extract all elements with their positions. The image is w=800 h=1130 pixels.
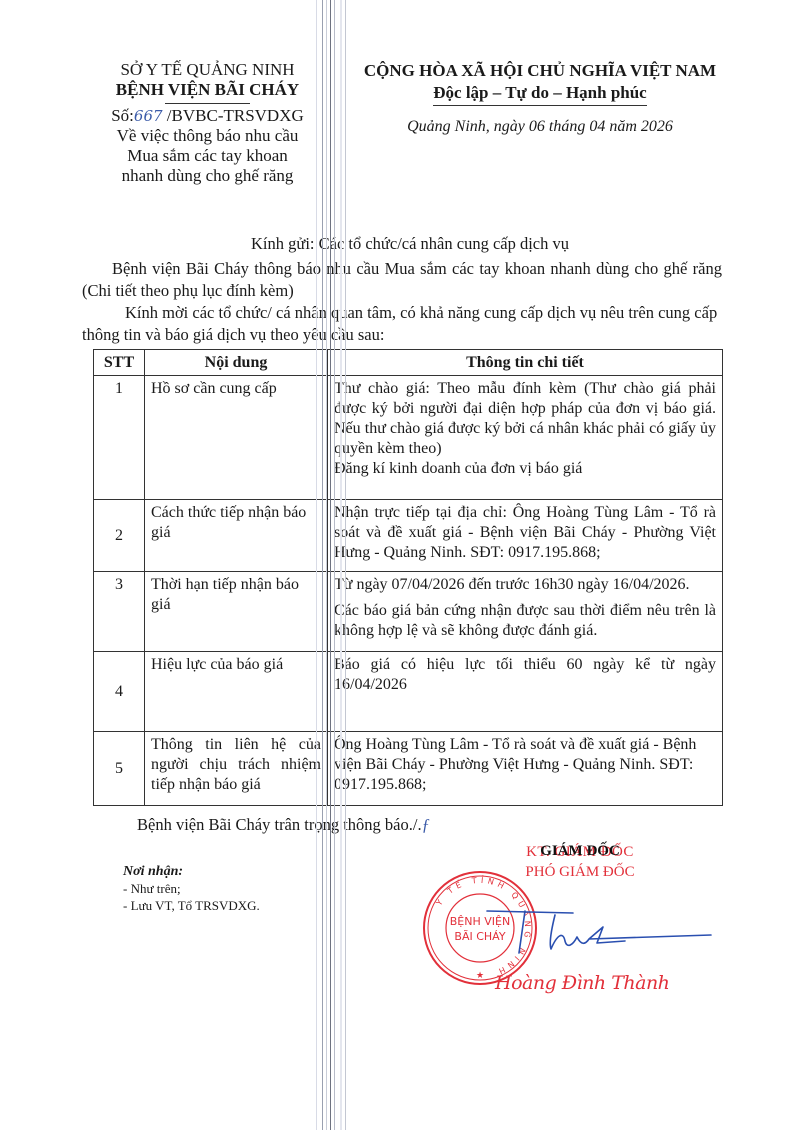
recipient-item: - Như trên; <box>123 880 260 897</box>
issuer-divider <box>165 103 250 104</box>
subject-line-1: Về việc thông báo nhu cầu <box>80 126 335 146</box>
row-number: 4 <box>94 652 145 732</box>
recipients-block: Nơi nhận: - Như trên; - Lưu VT, Tổ TRSVD… <box>123 863 260 914</box>
signer-name: Hoàng Đình Thành <box>495 972 669 994</box>
row-number: 5 <box>94 732 145 806</box>
recipient-item: - Lưu VT, Tổ TRSVDXG. <box>123 897 260 914</box>
subject-line-3: nhanh dùng cho ghế răng <box>80 166 335 186</box>
initial-mark: ƒ <box>422 815 430 834</box>
header-stt: STT <box>94 350 145 376</box>
table-row: 2 Cách thức tiếp nhận báo giá Nhận trực … <box>94 500 723 572</box>
place-date: Quảng Ninh, ngày 06 tháng 04 năm 2026 <box>340 118 740 136</box>
row-content: Cách thức tiếp nhận báo giá <box>145 500 328 572</box>
issuer-block: SỞ Y TẾ QUẢNG NINH BỆNH VIỆN BÃI CHÁY Số… <box>80 60 335 186</box>
national-motto: Độc lập – Tự do – Hạnh phúc <box>433 82 646 106</box>
table-header-row: STT Nội dung Thông tin chi tiết <box>94 350 723 376</box>
table-row: 5 Thông tin liên hệ của người chịu trách… <box>94 732 723 806</box>
row-number: 1 <box>94 376 145 500</box>
row-details: Báo giá có hiệu lực tối thiểu 60 ngày kể… <box>328 652 723 732</box>
invitation-paragraph: Kính mời các tổ chức/ cá nhân quan tâm, … <box>82 302 722 346</box>
svg-text:★: ★ <box>476 970 484 980</box>
nation-title: CỘNG HÒA XÃ HỘI CHỦ NGHĨA VIỆT NAM <box>340 60 740 82</box>
row-details: Thư chào giá: Theo mẫu đính kèm (Thư chà… <box>328 376 723 500</box>
table-row: 4 Hiệu lực của báo giá Báo giá có hiệu l… <box>94 652 723 732</box>
printed-title: GIÁM ĐỐC <box>460 841 700 861</box>
handwritten-number: 667 <box>134 107 163 125</box>
requirements-table: STT Nội dung Thông tin chi tiết 1 Hồ sơ … <box>93 349 723 806</box>
national-header: CỘNG HÒA XÃ HỘI CHỦ NGHĨA VIỆT NAM Độc l… <box>340 60 740 106</box>
closing-line: Bệnh viện Bãi Cháy trân trọng thông báo.… <box>137 815 430 835</box>
document-number: Số:667 /BVBC-TRSVDXG <box>80 106 335 126</box>
row-details: Nhận trực tiếp tại địa chỉ: Ông Hoàng Tù… <box>328 500 723 572</box>
recipients-label: Nơi nhận: <box>123 863 260 880</box>
header-content: Nội dung <box>145 350 328 376</box>
row-details: Từ ngày 07/04/2026 đến trước 16h30 ngày … <box>328 572 723 652</box>
intro-paragraph: Bệnh viện Bãi Cháy thông báo nhu cầu Mua… <box>82 258 722 302</box>
table-row: 3 Thời hạn tiếp nhận báo giá Từ ngày 07/… <box>94 572 723 652</box>
hospital-name: BỆNH VIỆN BÃI CHÁY <box>80 80 335 100</box>
row-content: Thông tin liên hệ của người chịu trách n… <box>145 732 328 806</box>
handwritten-signature-icon <box>485 905 715 965</box>
row-content: Hiệu lực của báo giá <box>145 652 328 732</box>
row-content: Thời hạn tiếp nhận báo giá <box>145 572 328 652</box>
department-name: SỞ Y TẾ QUẢNG NINH <box>80 60 335 80</box>
recipient-line: Kính gửi: Các tổ chức/cá nhân cung cấp d… <box>80 233 740 255</box>
header-details: Thông tin chi tiết <box>328 350 723 376</box>
subject-line-2: Mua sắm các tay khoan <box>80 146 335 166</box>
row-number: 3 <box>94 572 145 652</box>
row-number: 2 <box>94 500 145 572</box>
row-details: Ông Hoàng Tùng Lâm - Tổ rà soát và đề xu… <box>328 732 723 806</box>
table-row: 1 Hồ sơ cần cung cấp Thư chào giá: Theo … <box>94 376 723 500</box>
row-content: Hồ sơ cần cung cấp <box>145 376 328 500</box>
